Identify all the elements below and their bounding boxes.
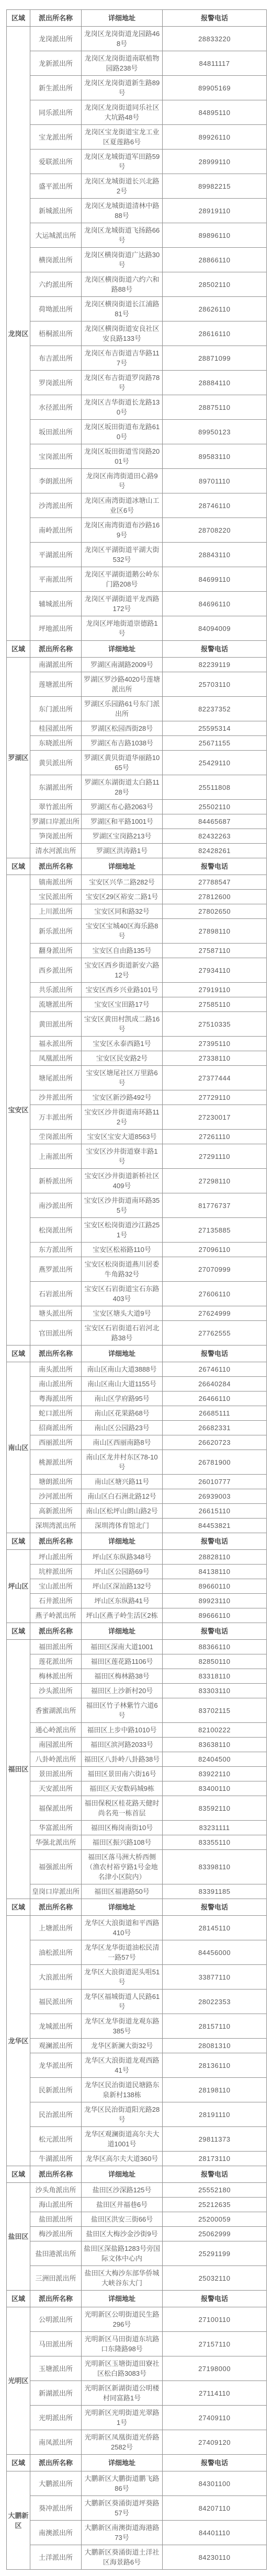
station-phone-cell: 27114110 [163,2381,267,2406]
station-address-cell: 宝安区宝安大道8563号 [82,1130,163,1144]
station-address-cell: 福田区振兴路108号 [82,1835,163,1850]
station-phone-cell: 27100110 [163,2307,267,2332]
station-phone-cell: 83638110 [163,1738,267,1752]
station-name-cell: 观澜派出所 [30,2039,82,2053]
station-phone-cell: 28502110 [163,272,267,297]
station-row: 南山派出所南山区南山大道1155号26640284 [7,1377,267,1391]
station-row: 民治派出所龙华区民治街道阳光路28号28191110 [7,2102,267,2127]
station-address-cell: 坪山区东纵路41号 [82,1594,163,1608]
station-phone-cell: 83398110 [163,1850,267,1884]
station-address-cell: 宝安区松裕路110号 [82,1243,163,1257]
station-name-cell: 黄贝派出所 [30,751,82,775]
station-name-cell: 燕子岭派出所 [30,1608,82,1623]
station-phone-cell: 81776737 [163,1193,267,1218]
station-row: 大浪派出所龙华区大浪街道泥头咀51号33877110 [7,1965,267,1989]
station-name-cell: 新城派出所 [30,199,82,223]
column-header-3: 报警电话 [163,2455,267,2471]
station-address-cell: 光明新区马田街道东坑路口东隆路98号 [82,2332,163,2356]
station-row: 梧桐派出所龙岗区横岗街道安良社区安良路133号28616110 [7,321,267,346]
station-address-cell: 盐田区大梅沙金沙街9号 [82,2227,163,2241]
station-phone-cell: 84696110 [163,592,267,616]
station-row: 龙岗区龙岗派出所龙岗区龙岗街道龙园路468号28833220 [7,27,267,51]
station-address-cell: 龙岗区南湾街道田心路9号 [82,469,163,493]
station-name-cell: 牛湖派出所 [30,2152,82,2166]
station-row: 沙河派出所南山区白石洲北路12号26939003 [7,1489,267,1504]
station-phone-cell: 84207110 [163,2496,267,2521]
station-row: 光明区公明派出所光明新区公明街道民生路296号27100110 [7,2307,267,2332]
station-address-cell: 龙华区高尔夫大道360号 [82,2152,163,2166]
region-cell: 大鹏新区 [7,2471,30,2570]
station-row: 景田派出所福田区景田南六街16号83922110 [7,1767,267,1781]
station-name-cell: 桂园派出所 [30,721,82,736]
station-address-cell: 福田区天安数码城9栋 [82,1781,163,1796]
station-row: 梅林派出所福田区梅林路38号83318110 [7,1669,267,1684]
station-row: 沙头派出所福田区上沙新村20号83303110 [7,1684,267,1698]
station-address-cell: 龙岗区平湖街道平龙西路172号 [82,592,163,616]
station-phone-cell: 25671155 [163,736,267,751]
station-phone-cell: 25212635 [163,2198,267,2212]
station-phone-cell: 27624999 [163,1306,267,1321]
column-header-1: 派出所名称 [30,2291,82,2307]
station-name-cell: 天安派出所 [30,1781,82,1796]
station-row: 塘尾派出所宝安区塘尾社区万里路6号27377444 [7,1066,267,1090]
column-header-0: 区域 [7,858,30,875]
station-phone-cell: 27812600 [163,890,267,904]
station-phone-cell: 28999110 [163,149,267,174]
station-address-cell: 福田区八卦岭八卦路38号 [82,1752,163,1767]
column-header-1: 派出所名称 [30,641,82,658]
station-name-cell: 宝山派出所 [30,1579,82,1594]
station-phone-cell: 28919110 [163,199,267,223]
station-address-cell: 南山区白石洲北路12号 [82,1489,163,1504]
station-phone-cell: 26746110 [163,1362,267,1377]
station-row: 辅城派出所龙岗区平湖街道平龙西路172号84696110 [7,592,267,616]
station-name-cell: 盛平派出所 [30,174,82,199]
header-row: 区域派出所名称详细地址报警电话 [7,2455,267,2471]
station-name-cell: 福保派出所 [30,1796,82,1821]
station-name-cell: 海山派出所 [30,2198,82,2212]
station-phone-cell: 29811373 [163,2127,267,2152]
station-name-cell: 民新派出所 [30,2078,82,2102]
station-name-cell: 皇岗口岸派出所 [30,1884,82,1899]
station-phone-cell: 83702115 [163,1698,267,1723]
station-name-cell: 横岗派出所 [30,248,82,272]
station-name-cell: 共乐派出所 [30,983,82,997]
station-row: 万丰派出所宝安区沙井街道南环路112号27230017 [7,1105,267,1130]
station-phone-cell: 25511808 [163,775,267,800]
station-name-cell: 流塘派出所 [30,997,82,1012]
station-address-cell: 光明新区玉塘街道田寮社区松白路3083号 [82,2356,163,2381]
station-address-cell: 龙华区龙华街道龙观东路385号 [82,2014,163,2039]
station-address-cell: 罗湖区布心路2063号 [82,800,163,814]
station-address-cell: 坪山区燕子岭生活区2栋 [82,1608,163,1623]
region-cell: 罗湖区 [7,658,30,858]
station-address-cell: 龙华区大浪街道泥头咀51号 [82,1965,163,1989]
station-address-cell: 龙岗区龙岗街道新生路89号 [82,76,163,100]
region-cell: 光明区 [7,2307,30,2455]
station-address-cell: 龙岗区坂田街道雪岗路2001号 [82,444,163,469]
region-cell: 龙华区 [7,1916,30,2166]
station-name-cell: 同乐派出所 [30,100,82,125]
station-address-cell: 龙岗区横岗街道安良社区安良路133号 [82,321,163,346]
station-name-cell: 上川派出所 [30,904,82,919]
station-address-cell: 罗湖区罗沙路4020号莲塘派出所 [82,672,163,697]
station-row: 华富派出所福田区梅岗南街10号83231111 [7,1821,267,1835]
station-row: 香蜜湖派出所福田区竹子林紫竹六道6号83702115 [7,1698,267,1723]
station-name-cell: 景田派出所 [30,1767,82,1781]
station-address-cell: 龙岗区龙岗街道南联植物园路238号 [82,51,163,76]
station-phone-cell: 28157110 [163,2014,267,2039]
police-station-directory: 区域派出所名称详细地址报警电话龙岗区龙岗派出所龙岗区龙岗街道龙园路468号288… [0,0,272,2576]
station-address-cell: 龙岗区龙岗街道龙园路468号 [82,27,163,51]
station-address-cell: 盐田区深盐路1283号旁国际文体中心内 [82,2241,163,2266]
station-name-cell: 沙头角派出所 [30,2183,82,2198]
station-row: 玉塘派出所光明新区玉塘街道田寮社区松白路3083号27198000 [7,2356,267,2381]
station-address-cell: 南山区公园路23号 [82,1421,163,1435]
station-row: 宝岗派出所龙岗区坂田街道雪岗路2001号89583110 [7,444,267,469]
station-address-cell: 龙华区民治街道阳光路28号 [82,2102,163,2127]
station-address-cell: 宝安区沙井街道新桥社区409号 [82,1169,163,1193]
column-header-1: 派出所名称 [30,1345,82,1362]
station-phone-cell: 84301100 [163,2471,267,2496]
station-row: 天安派出所福田区天安数码城9栋83400110 [7,1781,267,1796]
station-address-cell: 宝安区沙井街道寮丰路1号 [82,1144,163,1169]
station-name-cell: 民治派出所 [30,2102,82,2127]
station-phone-cell: 83231111 [163,1821,267,1835]
station-address-cell: 宝安区松岗街道燕川居委牛角路32号 [82,1257,163,1282]
station-name-cell: 南凤派出所 [30,2430,82,2455]
station-phone-cell: 28173110 [163,2152,267,2166]
station-name-cell: 福强派出所 [30,1850,82,1884]
station-row: 大运城派出所龙岗区龙城街道飞扬路66号89896110 [7,223,267,248]
station-phone-cell: 84465687 [163,814,267,829]
station-row: 翠竹派出所罗湖区布心路2063号25502110 [7,800,267,814]
column-header-1: 派出所名称 [30,10,82,27]
station-address-cell: 南山区龙井村东区78-10号 [82,1450,163,1475]
station-phone-cell: 89666110 [163,1608,267,1623]
column-header-3: 报警电话 [163,1899,267,1916]
station-address-cell: 宝安区29区裕安二路1号 [82,890,163,904]
column-header-0: 区域 [7,1623,30,1640]
station-phone-cell: 84453821 [163,1519,267,1533]
station-address-cell: 罗湖区松园西街28号 [82,721,163,736]
header-row: 区域派出所名称详细地址报警电话 [7,1533,267,1550]
station-address-cell: 福田区深南大道1001 [82,1640,163,1654]
region-cell: 福田区 [7,1640,30,1899]
station-address-cell: 龙岗区布吉街道罗岗路78号 [82,371,163,395]
station-row: 笋岗派出所罗湖区宝岗路213号82432263 [7,829,267,844]
station-phone-cell: 27261110 [163,1130,267,1144]
station-name-cell: 新乐派出所 [30,919,82,944]
station-address-cell: 龙岗区龙城街道飞扬路66号 [82,223,163,248]
station-name-cell: 东湖派出所 [30,775,82,800]
station-address-cell: 龙岗区坂田街道布龙路610号 [82,420,163,444]
station-name-cell: 罗岗派出所 [30,371,82,395]
station-name-cell: 荷坳派出所 [30,297,82,321]
station-phone-cell: 27298110 [163,1169,267,1193]
station-row: 福民派出所龙华区福城街道人民路61号28022353 [7,1989,267,2014]
station-name-cell: 华富派出所 [30,1821,82,1835]
station-phone-cell: 28022353 [163,1989,267,2014]
station-phone-cell: 83355110 [163,1835,267,1850]
station-phone-cell: 89583110 [163,444,267,469]
station-name-cell: 蛇口派出所 [30,1406,82,1421]
station-name-cell: 梅沙派出所 [30,2227,82,2241]
station-address-cell: 宝安区新沙路492号 [82,1090,163,1105]
station-address-cell: 福田区福港路50号 [82,1884,163,1899]
station-address-cell: 龙岗区横岗街道广达路30号 [82,248,163,272]
station-address-cell: 罗湖区宝岗路213号 [82,829,163,844]
station-row: 梅沙派出所盐田区大梅沙金沙街9号25062999 [7,2227,267,2241]
station-address-cell: 光明新区光明街道光翠路1号 [82,2406,163,2430]
station-name-cell: 六约派出所 [30,272,82,297]
station-name-cell: 福民派出所 [30,1989,82,2014]
station-phone-cell: 82404500 [163,1752,267,1767]
station-row: 燕罗派出所宝安区松岗街道燕川居委牛角路32号27070999 [7,1257,267,1282]
column-header-2: 详细地址 [82,1533,163,1550]
station-phone-cell: 33877110 [163,1965,267,1989]
station-row: 盐田派出所盐田区洪安三街66号25200059 [7,2212,267,2227]
header-row: 区域派出所名称详细地址报警电话 [7,1899,267,1916]
header-row: 区域派出所名称详细地址报警电话 [7,858,267,875]
station-name-cell: 塘尾派出所 [30,1066,82,1090]
station-row: 新湖派出所光明新区新湖街道公明楼村同富路1号27114110 [7,2381,267,2406]
station-row: 流塘派出所宝安区宝田路17号27585110 [7,997,267,1012]
station-phone-cell: 26781900 [163,1450,267,1475]
station-address-cell: 罗湖区黄贝街道华丽路1065号 [82,751,163,775]
station-phone-cell: 28875110 [163,395,267,420]
station-name-cell: 松岗派出所 [30,1218,82,1243]
station-phone-cell: 28828110 [163,1550,267,1565]
station-row: 水径派出所龙岗区吉华街道长龙路130号28875110 [7,395,267,420]
station-address-cell: 南山区南山大道1155号 [82,1377,163,1391]
station-address-cell: 宝安区沙井街道南环路112号 [82,1105,163,1130]
station-row: 新城派出所龙岗区龙城街道清林中路88号28919110 [7,199,267,223]
column-header-2: 详细地址 [82,1899,163,1916]
station-address-cell: 盐田区井福巷6号 [82,2198,163,2212]
station-phone-cell: 84811117 [163,51,267,76]
station-address-cell: 宝安区同和路32号 [82,904,163,919]
station-row: 大鹏新区大鹏派出所大鹏新区大鹏街道鹏飞路86号84301100 [7,2471,267,2496]
station-row: 福强派出所福田区落马洲大桥西侧（渔农村裕亨路1号金地名津小区院内）8339811… [7,1850,267,1884]
station-name-cell: 宝岗派出所 [30,444,82,469]
station-row: 民新派出所龙华区民治街道民塘路东泉新村138栋28198110 [7,2078,267,2102]
column-header-0: 区域 [7,1899,30,1916]
station-address-cell: 宝安区永泰西路1号 [82,1037,163,1051]
header-row: 区域派出所名称详细地址报警电话 [7,641,267,658]
station-address-cell: 南山区南山大道3888号 [82,1362,163,1377]
station-name-cell: 光明派出所 [30,2406,82,2430]
station-address-cell: 龙岗区平湖街道平湖大街532号 [82,543,163,567]
station-phone-cell: 27919110 [163,983,267,997]
station-name-cell: 三洲田派出所 [30,2266,82,2291]
station-row: 塘朗派出所南山区塘兴路11号26010777 [7,1475,267,1489]
station-name-cell: 沙井派出所 [30,1090,82,1105]
station-address-cell: 龙岗区龙城街道清林中路88号 [82,199,163,223]
station-name-cell: 福田派出所 [30,1640,82,1654]
station-row: 坑梓派出所坪山区公园路69号84138110 [7,1565,267,1579]
station-row: 马田派出所光明新区马田街道东坑路口东隆路98号27157110 [7,2332,267,2356]
station-phone-cell: 28626110 [163,297,267,321]
station-row: 坪山区坪山派出所坪山区东纵路348号28828110 [7,1550,267,1565]
station-address-cell: 福田区梅林路38号 [82,1669,163,1684]
station-name-cell: 布吉派出所 [30,346,82,371]
station-name-cell: 龙新派出所 [30,51,82,76]
station-phone-cell: 83922110 [163,1767,267,1781]
station-row: 福保派出所福田保税区桂花路天健时尚名苑一栋首层83592110 [7,1796,267,1821]
station-name-cell: 莲花派出所 [30,1654,82,1669]
station-address-cell: 宝安区石岩街道石岩河北路38号 [82,1321,163,1345]
station-address-cell: 盐田区沙深路125号 [82,2183,163,2198]
column-header-3: 报警电话 [163,2291,267,2307]
station-name-cell: 宝民派出所 [30,890,82,904]
station-name-cell: 水径派出所 [30,395,82,420]
station-row: 桂园派出所罗湖区松园西街28号25595314 [7,721,267,736]
station-address-cell: 龙岗区平湖街道鹅公岭东门路208号 [82,567,163,592]
station-address-cell: 宝安区石岩街道宝石东路403号 [82,1282,163,1306]
header-row: 区域派出所名称详细地址报警电话 [7,1345,267,1362]
station-name-cell: 西丽派出所 [30,1435,82,1450]
column-header-3: 报警电话 [163,10,267,27]
station-name-cell: 辅城派出所 [30,592,82,616]
column-header-1: 派出所名称 [30,2455,82,2471]
station-name-cell: 香蜜湖派出所 [30,1698,82,1723]
region-cell: 宝安区 [7,875,30,1345]
station-row: 罗湖口岸派出所罗湖区和平路1001号84465687 [7,814,267,829]
column-header-3: 报警电话 [163,858,267,875]
station-row: 龙新派出所龙岗区龙岗街道南联植物园路238号84811117 [7,51,267,76]
station-name-cell: 招商派出所 [30,1421,82,1435]
station-address-cell: 福田区景田南六街16号 [82,1767,163,1781]
station-name-cell: 平南派出所 [30,567,82,592]
station-row: 爱联派出所龙岗区龙城街道军田路59号28999110 [7,149,267,174]
station-name-cell: 南湖派出所 [30,658,82,672]
station-phone-cell: 82428261 [163,844,267,858]
station-row: 平南派出所龙岗区平湖街道鹅公岭东门路208号84699110 [7,567,267,592]
station-name-cell: 葵冲派出所 [30,2496,82,2521]
station-phone-cell: 26682331 [163,1421,267,1435]
station-phone-cell: 27230017 [163,1105,267,1130]
station-row: 粤海派出所南山区学府路95号26466110 [7,1391,267,1406]
station-name-cell: 罗湖口岸派出所 [30,814,82,829]
station-address-cell: 福田区竹子林紫竹六道6号 [82,1698,163,1723]
station-name-cell: 粤海派出所 [30,1391,82,1406]
station-name-cell: 新湖派出所 [30,2381,82,2406]
station-address-cell: 宝安区塘头大道9号 [82,1306,163,1321]
station-row: 共乐派出所宝安区西乡兴业路101号27919110 [7,983,267,997]
station-row: 六约派出所龙岗区横岗街道六约六和路88号28502110 [7,272,267,297]
station-address-cell: 宝安区黄田村凯成二路16号 [82,1012,163,1037]
station-phone-cell: 28884110 [163,371,267,395]
station-address-cell: 龙岗区坪地街道崇德路1号 [82,616,163,641]
station-name-cell: 镇南派出所 [30,875,82,890]
station-row: 盐田港派出所盐田区深盐路1283号旁国际文体中心内25291199 [7,2241,267,2266]
station-name-cell: 石岩派出所 [30,1282,82,1306]
station-name-cell: 沙河派出所 [30,1489,82,1504]
header-row: 区域派出所名称详细地址报警电话 [7,1623,267,1640]
station-address-cell: 龙华区观澜街道高尔夫大道1001号 [82,2127,163,2152]
region-cell: 坪山区 [7,1550,30,1623]
station-address-cell: 龙华区福城街道人民路61号 [82,1989,163,2014]
station-address-cell: 福田区上沙新村20号 [82,1684,163,1698]
station-row: 龙华派出所龙华区大浪街道龙观西路41号28136110 [7,2053,267,2078]
column-header-1: 派出所名称 [30,2166,82,2183]
station-address-cell: 福田区莲花路1106号 [82,1654,163,1669]
station-row: 盛平派出所龙岗区龙城街道长兴北路2号89982215 [7,174,267,199]
station-row: 南凤派出所光明新区凤凰街道光侨路2582号27409120 [7,2430,267,2455]
station-row: 光明派出所光明新区光明街道光翠路1号27409110 [7,2406,267,2430]
station-phone-cell: 27135885 [163,1218,267,1243]
station-address-cell: 福田保税区桂花路天健时尚名苑一栋首层 [82,1796,163,1821]
station-address-cell: 宝安区沙井街道南环路355号 [82,1193,163,1218]
station-phone-cell: 28843110 [163,543,267,567]
column-header-3: 报警电话 [163,1533,267,1550]
station-phone-cell: 84230110 [163,2545,267,2570]
station-phone-cell: 84699110 [163,567,267,592]
station-name-cell: 南山派出所 [30,1377,82,1391]
station-address-cell: 深圳湾体育馆北门 [82,1519,163,1533]
column-header-2: 详细地址 [82,2166,163,2183]
station-address-cell: 大鹏新区大鹏街道鹏飞路86号 [82,2471,163,2496]
header-row: 区域派出所名称详细地址报警电话 [7,2166,267,2183]
station-phone-cell: 27096110 [163,1243,267,1257]
station-address-cell: 大鹏新区葵涌街道坪葵路57号 [82,2496,163,2521]
station-row: 宝龙派出所龙岗区宝龙街道宝龙工业区夏莲路6号89926110 [7,125,267,149]
station-phone-cell: 28081310 [163,2039,267,2053]
column-header-2: 详细地址 [82,2455,163,2471]
station-phone-cell: 25703110 [163,672,267,697]
station-phone-cell: 82239119 [163,658,267,672]
column-header-0: 区域 [7,2455,30,2471]
station-address-cell: 坪山区东纵路348号 [82,1550,163,1565]
station-name-cell: 坑梓派出所 [30,1565,82,1579]
station-address-cell: 盐田区大梅沙东部华侨城大峡谷东大门 [82,2266,163,2291]
station-phone-cell: 28708220 [163,518,267,543]
station-name-cell: 南澳派出所 [30,2521,82,2545]
station-phone-cell: 27934110 [163,958,267,983]
station-row: 东晓派出所罗湖区布吉路1038号25671155 [7,736,267,751]
station-address-cell: 盐田区洪安三街66号 [82,2212,163,2227]
station-name-cell: 笋岗派出所 [30,829,82,844]
station-address-cell: 罗湖区乐园路61号东门派出所 [82,697,163,721]
station-name-cell: 通心岭派出所 [30,1723,82,1738]
column-header-1: 派出所名称 [30,858,82,875]
station-row: 桃源派出所南山区龙井村东区78-10号26781900 [7,1450,267,1475]
station-row: 坣岗派出所宝安区宝安大道8563号27261110 [7,1130,267,1144]
station-phone-cell: 27070999 [163,1257,267,1282]
station-address-cell: 龙岗区布吉街道吉华路117号 [82,346,163,371]
station-row: 石井派出所坪山区东纵路41号89923110 [7,1594,267,1608]
station-row: 东湖派出所罗湖区东湖街道太白路1128号25511808 [7,775,267,800]
station-name-cell: 松元派出所 [30,2127,82,2152]
station-row: 南山区南头派出所南山区南山大道3888号26746110 [7,1362,267,1377]
station-row: 皇岗口岸派出所福田区福港路50号83391185 [7,1884,267,1899]
column-header-0: 区域 [7,10,30,27]
station-name-cell: 龙岗派出所 [30,27,82,51]
station-address-cell: 龙华区大浪街道和平西路410号 [82,1916,163,1940]
table-body: 区域派出所名称详细地址报警电话龙岗区龙岗派出所龙岗区龙岗街道龙园路468号288… [7,10,267,2570]
station-row: 清水河派出所罗湖区洪涛路1号82428261 [7,844,267,858]
station-phone-cell: 82100222 [163,1723,267,1738]
station-row: 翻身派出所宝安区自由路135号27587110 [7,944,267,958]
station-address-cell: 南山区学府路95号 [82,1391,163,1406]
station-address-cell: 龙岗区龙岗街道同乐社区大坑路48号 [82,100,163,125]
station-row: 新桥派出所宝安区沙井街道新桥社区409号27298110 [7,1169,267,1193]
station-row: 上川派出所宝安区同和路32号27802650 [7,904,267,919]
station-phone-cell: 26685111 [163,1406,267,1421]
station-row: 八卦岭派出所福田区八卦岭八卦路38号82404500 [7,1752,267,1767]
station-phone-cell: 84401110 [163,2521,267,2545]
